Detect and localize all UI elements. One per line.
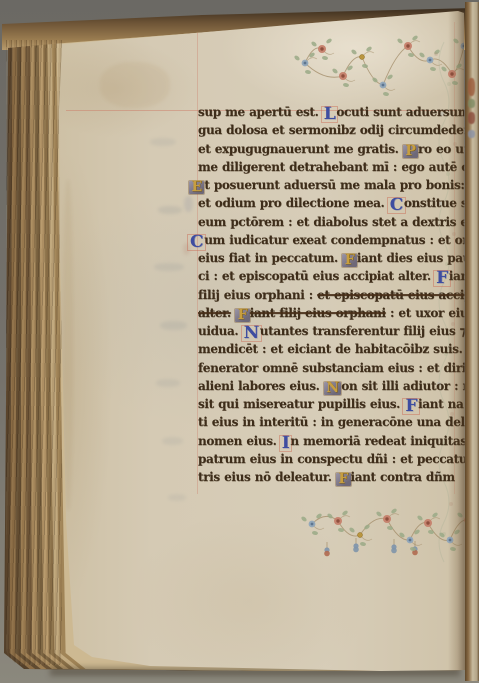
text-segment: patrum eius in conspectu dñi : et peccat…: [198, 452, 479, 466]
text-segment: utantes transferentur filij eius ⁊: [260, 324, 466, 338]
text-segment: eum pctōrem : et diabolus stet a dextris…: [198, 215, 479, 229]
ink-showthrough: [184, 196, 193, 212]
illuminated-initial-gold: F: [336, 473, 351, 486]
text-line: et expugugnauerunt me gratis. Pro eo ut: [198, 140, 456, 158]
text-line: mendicēt : et eiciant de habitacōibz sui…: [198, 340, 456, 358]
text-line: alter. Fiant filij eius orphani : et uxo…: [198, 304, 456, 322]
text-segment: et odium pro dilectione mea.: [198, 196, 389, 210]
illuminated-initial-gold: F: [235, 309, 250, 322]
text-segment: et expugugnauerunt me gratis.: [198, 142, 403, 156]
ink-showthrough: [150, 138, 176, 146]
text-segment: uidua.: [198, 324, 243, 338]
text-line: gua dolosa et sermonibz odij circumdeder…: [198, 121, 456, 139]
struck-through-text: alter.: [198, 306, 231, 320]
text-line: Cum iudicatur exeat condempnatus : et or…: [198, 231, 456, 249]
facing-page-decoration: [468, 78, 475, 96]
text-segment: fenerator omnē substanciam eius : et dir…: [198, 361, 479, 375]
text-segment: n memoriā redeat iniquitas: [290, 434, 466, 448]
manuscript-photo: sup me apertū est. Locuti sunt aduersum …: [0, 0, 479, 683]
illuminated-initial-blue: F: [435, 272, 449, 285]
text-segment: me diligerent detrahebant mī : ego autē …: [198, 160, 479, 174]
text-line: patrum eius in conspectu dñi : et peccat…: [198, 450, 456, 468]
text-segment: filij eius orphani :: [198, 288, 317, 302]
text-segment: iant contra dñm: [351, 470, 455, 484]
text-line: nomen eius. In memoriā redeat iniquitas: [198, 432, 456, 450]
ink-showthrough: [158, 206, 182, 214]
text-segment: tris eius nō deleatur.: [198, 470, 336, 484]
text-segment: gua dolosa et sermonibz odij circumdeder…: [198, 123, 479, 137]
struck-through-text: iant filij eius orphani: [250, 306, 386, 320]
facing-page-sliver: [465, 2, 479, 681]
page-edge-crevice-lines: [6, 40, 62, 665]
text-segment: sit qui misereatur pupillis eius.: [198, 397, 404, 411]
text-line: sit qui misereatur pupillis eius. Fiant …: [198, 395, 456, 413]
text-segment: mendicēt : et eiciant de habitacōibz sui…: [198, 342, 467, 356]
illuminated-initial-gold: N: [324, 382, 341, 395]
ink-showthrough: [156, 379, 180, 387]
text-segment: alieni labores eius.: [198, 379, 324, 393]
illuminated-initial-gold: E: [189, 181, 204, 194]
illuminated-initial-blue: C: [189, 236, 204, 249]
text-segment: ci : et episcopatū eius accipiat alter.: [198, 269, 435, 283]
text-line: filij eius orphani : et episcopatū eius …: [198, 286, 456, 304]
illuminated-initial-gold: P: [403, 145, 418, 158]
text-line: uidua. Nutantes transferentur filij eius…: [198, 322, 456, 340]
illuminated-initial-blue: C: [389, 199, 404, 212]
facing-page-decoration: [468, 99, 475, 108]
ink-showthrough: [160, 321, 187, 330]
text-line: sup me apertū est. Locuti sunt aduersum …: [198, 103, 456, 121]
illuminated-initial-blue: I: [281, 437, 291, 450]
text-line: tris eius nō deleatur. Fiant contra dñm: [198, 468, 456, 486]
text-segment: sup me apertū est.: [198, 105, 323, 119]
text-line: ci : et episcopatū eius accipiat alter. …: [198, 267, 456, 285]
manuscript-page: sup me apertū est. Locuti sunt aduersum …: [0, 0, 479, 683]
text-segment: t posuerunt aduersū me mala pro bonis:: [204, 178, 464, 192]
illuminated-initial-blue: N: [243, 327, 260, 340]
text-segment: ti eius in interitū : in generacōne una …: [198, 415, 479, 429]
text-line: ti eius in interitū : in generacōne una …: [198, 413, 456, 431]
text-line: me diligerent detrahebant mī : ego autē …: [198, 158, 456, 176]
ink-showthrough: [154, 263, 184, 271]
text-line: et odium pro dilectione mea. Constitue s…: [198, 194, 456, 212]
text-line: fenerator omnē substanciam eius : et dir…: [198, 359, 456, 377]
facing-page-decoration: [468, 112, 475, 124]
facing-page-decoration: [468, 130, 475, 138]
ink-showthrough: [168, 494, 186, 501]
text-line: eius fiat in peccatum. Fiant dies eius p…: [198, 249, 456, 267]
text-segment: um iudicatur exeat condempnatus : et ora…: [204, 233, 479, 247]
ink-showthrough: [162, 437, 183, 445]
illuminated-initial-blue: F: [404, 400, 418, 413]
text-segment: nomen eius.: [198, 434, 281, 448]
illuminated-initial-blue: L: [323, 108, 337, 121]
text-line: Et posuerunt aduersū me mala pro bonis:: [198, 176, 456, 194]
illuminated-initial-gold: F: [342, 254, 357, 267]
text-line: eum pctōrem : et diabolus stet a dextris…: [198, 213, 456, 231]
gutter-shadow: [448, 10, 465, 670]
text-line: alieni labores eius. Non sit illi adiuto…: [198, 377, 456, 395]
ink-showthrough: [100, 62, 170, 108]
text-block: sup me apertū est. Locuti sunt aduersum …: [198, 103, 456, 489]
text-segment: eius fiat in peccatum.: [198, 251, 342, 265]
